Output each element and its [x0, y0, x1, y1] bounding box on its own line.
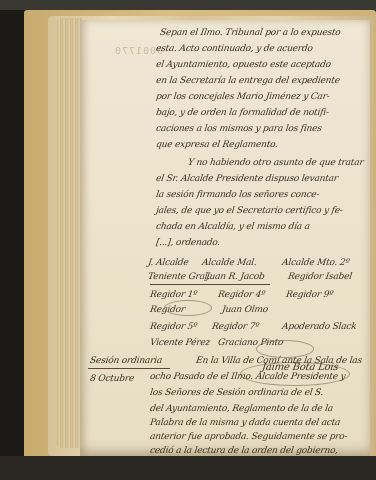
- text-line: del Ayuntamiento, Reglamento de la de la: [149, 404, 333, 414]
- text-line: ocho Pasado de el Ilmo. Alcalde Presiden…: [149, 372, 346, 382]
- text-line: bajo, y de orden la formalidad de notifi…: [155, 108, 329, 118]
- text-line: cedió a la lectura de la orden del gobie…: [149, 446, 338, 456]
- text-line: Y no habiendo otro asunto de que tratar: [187, 158, 364, 168]
- signature: J. Alcalde: [147, 258, 189, 268]
- signature: Juan Olmo: [221, 305, 268, 315]
- text-line: anterior fue aprobada. Seguidamente se p…: [149, 432, 348, 442]
- signature-underline: [150, 284, 270, 285]
- text-line: esta. Acto continuado, y de acuerdo: [155, 44, 313, 54]
- text-line: caciones a los mismos y para los fines: [155, 124, 322, 134]
- text-line: chada en Alcaldía, y el mismo día a: [155, 222, 310, 232]
- text-line: [...], ordenado.: [155, 238, 220, 248]
- text-line: la sesión firmando los señores conce-: [155, 190, 320, 200]
- signature: Regidor 4º: [217, 290, 265, 300]
- text-line: que expresa el Reglamento.: [155, 140, 278, 150]
- margin-heading: Sesión ordinaria: [89, 356, 162, 366]
- text-line: por los concejales Mario Jiménez y Car-: [155, 92, 330, 102]
- signature: Regidor Isabel: [287, 272, 352, 282]
- text-line: jales, de que yo el Secretario certifico…: [155, 206, 343, 216]
- text-line: En la Villa de Comí ante la Sala de las: [195, 356, 362, 366]
- signature: Teniente Gral.: [147, 272, 210, 282]
- background-top: [0, 0, 376, 10]
- margin-date: 8 Octubre: [89, 374, 134, 384]
- signature: Regidor 9º: [285, 290, 333, 300]
- text-line: el Ayuntamiento, opuesto este aceptado: [155, 60, 331, 70]
- margin-heading-underline: [88, 368, 170, 369]
- text-line: el Sr. Alcalde Presidente dispuso levant…: [155, 174, 338, 184]
- text-line: en la Secretaría la entrega del expedien…: [155, 76, 340, 86]
- signature: Alcalde Mto. 2º: [281, 258, 350, 268]
- signature: Regidor 5º: [149, 322, 197, 332]
- signature: Juan R. Jacob: [205, 272, 265, 282]
- signature: Vicente Pérez: [149, 338, 210, 348]
- text-line: Sepan el Ilmo. Tribunal por a lo expuest…: [159, 28, 341, 38]
- page-edges: [56, 18, 82, 448]
- text-line: Palabra de la misma y dada cuenta del ac…: [149, 418, 340, 428]
- signature: Regidor 7º: [211, 322, 259, 332]
- signature: Regidor 1º: [149, 290, 197, 300]
- signature: Apoderado Slack: [281, 322, 357, 332]
- signature-flourish: [164, 300, 212, 316]
- text-line: los Señores de Sesión ordinaria de el S.: [149, 388, 324, 398]
- signature: Alcalde Mal.: [201, 258, 257, 268]
- background-bottom: [0, 456, 376, 480]
